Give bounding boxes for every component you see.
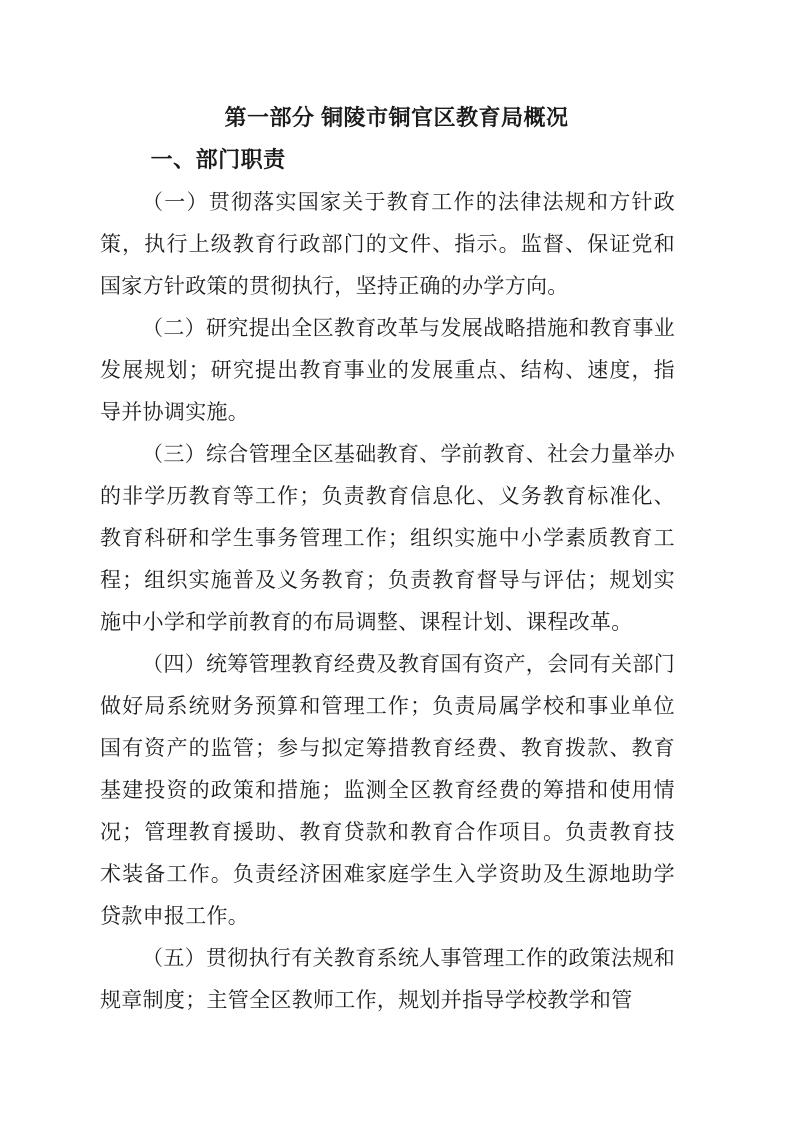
paragraph-duty-5: （五）贯彻执行有关教育系统人事管理工作的政策法规和规章制度；主管全区教师工作，规… bbox=[100, 937, 675, 1021]
document-title: 第一部分 铜陵市铜官区教育局概况 bbox=[100, 97, 675, 139]
page: 第一部分 铜陵市铜官区教育局概况 一、部门职责 （一）贯彻落实国家关于教育工作的… bbox=[0, 0, 793, 1122]
paragraph-duty-3: （三）综合管理全区基础教育、学前教育、社会力量举办的非学历教育等工作；负责教育信… bbox=[100, 433, 675, 643]
section-heading-department-duties: 一、部门职责 bbox=[100, 139, 675, 181]
paragraph-duty-1: （一）贯彻落实国家关于教育工作的法律法规和方针政策，执行上级教育行政部门的文件、… bbox=[100, 181, 675, 307]
document-page: { "document": { "title": "第一部分 铜陵市铜官区教育局… bbox=[0, 0, 793, 1122]
paragraph-duty-4: （四）统筹管理教育经费及教育国有资产，会同有关部门做好局系统财务预算和管理工作；… bbox=[100, 643, 675, 937]
paragraph-duty-2: （二）研究提出全区教育改革与发展战略措施和教育事业发展规划；研究提出教育事业的发… bbox=[100, 307, 675, 433]
